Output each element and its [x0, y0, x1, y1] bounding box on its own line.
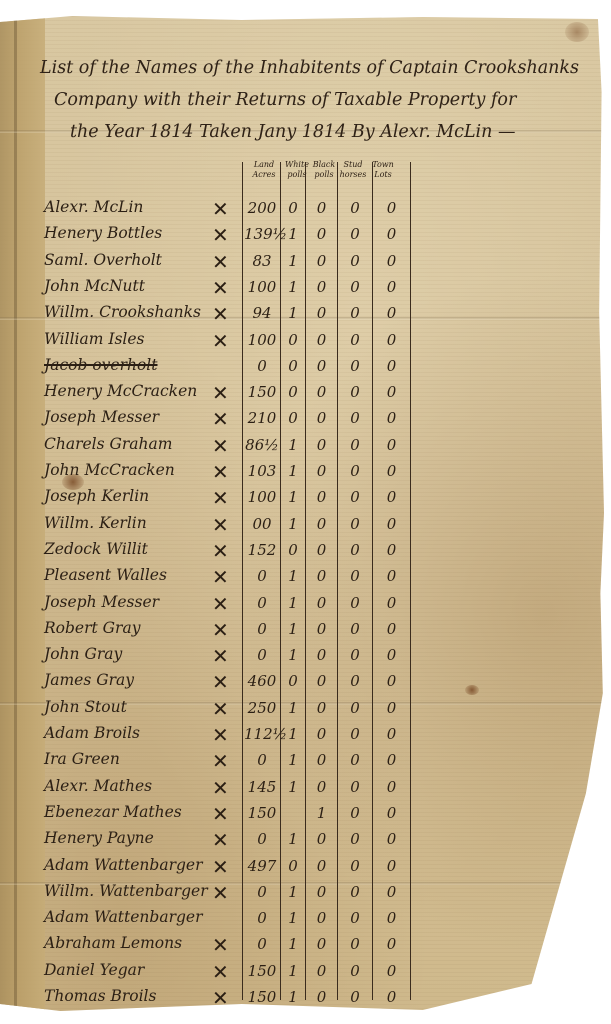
title-line: the Year 1814 Taken Jany 1814 By Alexr. … [40, 116, 600, 148]
ink-stain [565, 22, 589, 42]
taxpayer-name: Willm. Crookshanks [44, 303, 201, 321]
stud-horses-value: 0 [338, 830, 372, 848]
stud-horses-value: 0 [338, 620, 372, 638]
white-polls-value: 0 [281, 857, 305, 875]
taxpayer-name: Ebenezar Mathes [44, 803, 182, 821]
signature-mark-icon: ✕ [212, 223, 229, 247]
land-acres-value: 100 [244, 488, 280, 506]
taxpayer-name: Joseph Kerlin [44, 487, 149, 505]
table-row: Robert Gray✕01000 [0, 619, 611, 645]
town-lots-value: 0 [373, 436, 410, 454]
white-polls-value: 1 [281, 462, 305, 480]
town-lots-value: 0 [373, 725, 410, 743]
signature-mark-icon: ✕ [212, 644, 229, 668]
stud-horses-value: 0 [338, 909, 372, 927]
signature-mark-icon: ✕ [212, 513, 229, 537]
signature-mark-icon: ✕ [212, 539, 229, 563]
black-polls-value: 1 [306, 804, 337, 822]
signature-mark-icon: ✕ [212, 565, 229, 589]
table-row: James Gray✕4600000 [0, 671, 611, 697]
table-row: Daniel Yegar✕1501000 [0, 961, 611, 987]
white-polls-value: 1 [281, 278, 305, 296]
table-row: Saml. Overholt✕831000 [0, 251, 611, 277]
white-polls-value: 0 [281, 357, 305, 375]
land-acres-value: 0 [244, 909, 280, 927]
white-polls-value: 1 [281, 594, 305, 612]
land-acres-value: 497 [244, 857, 280, 875]
taxpayer-name: Henery McCracken [44, 382, 197, 400]
table-row: Adam Wattenbarger✕4970000 [0, 856, 611, 882]
town-lots-value: 0 [373, 962, 410, 980]
town-lots-value: 0 [373, 935, 410, 953]
town-lots-value: 0 [373, 304, 410, 322]
stud-horses-value: 0 [338, 778, 372, 796]
taxpayer-name: Daniel Yegar [44, 961, 144, 979]
white-polls-value: 0 [281, 672, 305, 690]
table-row: Joseph Messer✕2100000 [0, 408, 611, 434]
white-polls-value: 1 [281, 620, 305, 638]
taxpayer-name: Pleasent Walles [44, 566, 167, 584]
signature-mark-icon: ✕ [212, 749, 229, 773]
town-lots-value: 0 [373, 199, 410, 217]
land-acres-value: 0 [244, 620, 280, 638]
black-polls-value: 0 [306, 541, 337, 559]
white-polls-value: 0 [281, 199, 305, 217]
black-polls-value: 0 [306, 462, 337, 480]
town-lots-value: 0 [373, 541, 410, 559]
town-lots-value: 0 [373, 988, 410, 1006]
town-lots-value: 0 [373, 567, 410, 585]
table-row: Adam Wattenbarger01000 [0, 908, 611, 934]
taxpayer-name: Henery Payne [44, 829, 154, 847]
table-row: William Isles✕1000000 [0, 330, 611, 356]
white-polls-value: 1 [281, 699, 305, 717]
signature-mark-icon: ✕ [212, 933, 229, 957]
stud-horses-value: 0 [338, 804, 372, 822]
taxpayer-name: John Gray [44, 645, 122, 663]
taxpayer-name: Adam Broils [44, 724, 140, 742]
land-acres-value: 210 [244, 409, 280, 427]
taxpayer-name: John McCracken [44, 461, 175, 479]
table-row: Willm. Kerlin✕001000 [0, 514, 611, 540]
stud-horses-value: 0 [338, 436, 372, 454]
taxpayer-name: Abraham Lemons [44, 934, 182, 952]
taxpayer-name: William Isles [44, 330, 145, 348]
town-lots-value: 0 [373, 699, 410, 717]
table-row: Joseph Kerlin✕1001000 [0, 487, 611, 513]
white-polls-value: 1 [281, 751, 305, 769]
black-polls-value: 0 [306, 909, 337, 927]
taxpayer-name: Thomas Broils [44, 987, 156, 1005]
white-polls-value: 1 [281, 304, 305, 322]
column-header-black-polls: Black polls [310, 160, 338, 180]
land-acres-value: 0 [244, 883, 280, 901]
table-row: John Gray✕01000 [0, 645, 611, 671]
signature-mark-icon: ✕ [212, 276, 229, 300]
black-polls-value: 0 [306, 988, 337, 1006]
white-polls-value: 1 [281, 488, 305, 506]
signature-mark-icon: ✕ [212, 250, 229, 274]
town-lots-value: 0 [373, 409, 410, 427]
stud-horses-value: 0 [338, 567, 372, 585]
signature-mark-icon: ✕ [212, 881, 229, 905]
land-acres-value: 83 [244, 252, 280, 270]
white-polls-value: 1 [281, 225, 305, 243]
black-polls-value: 0 [306, 672, 337, 690]
stud-horses-value: 0 [338, 962, 372, 980]
column-header-stud-horses: Stud horses [338, 160, 368, 180]
black-polls-value: 0 [306, 225, 337, 243]
stud-horses-value: 0 [338, 225, 372, 243]
white-polls-value: 1 [281, 988, 305, 1006]
land-acres-value: 0 [244, 751, 280, 769]
taxpayer-name: Zedock Willit [44, 540, 148, 558]
taxpayer-name: Adam Wattenbarger [44, 856, 203, 874]
town-lots-value: 0 [373, 278, 410, 296]
title-line: List of the Names of the Inhabitents of … [40, 52, 600, 84]
land-acres-value: 152 [244, 541, 280, 559]
black-polls-value: 0 [306, 278, 337, 296]
stud-horses-value: 0 [338, 646, 372, 664]
table-row: Zedock Willit✕1520000 [0, 540, 611, 566]
town-lots-value: 0 [373, 620, 410, 638]
taxpayer-name: Charels Graham [44, 435, 172, 453]
table-row: John Stout✕2501000 [0, 698, 611, 724]
signature-mark-icon: ✕ [212, 828, 229, 852]
white-polls-value: 1 [281, 515, 305, 533]
stud-horses-value: 0 [338, 331, 372, 349]
black-polls-value: 0 [306, 383, 337, 401]
stud-horses-value: 0 [338, 857, 372, 875]
black-polls-value: 0 [306, 436, 337, 454]
table-row: Adam Broils✕112½1000 [0, 724, 611, 750]
white-polls-value: 1 [281, 778, 305, 796]
table-row: Pleasent Walles✕01000 [0, 566, 611, 592]
town-lots-value: 0 [373, 515, 410, 533]
signature-mark-icon: ✕ [212, 197, 229, 221]
stud-horses-value: 0 [338, 725, 372, 743]
column-header-land: Land Acres [244, 160, 284, 180]
black-polls-value: 0 [306, 409, 337, 427]
taxpayer-name: Henery Bottles [44, 224, 162, 242]
town-lots-value: 0 [373, 830, 410, 848]
white-polls-value: 1 [281, 567, 305, 585]
white-polls-value: 1 [281, 962, 305, 980]
table-row: John McCracken✕1031000 [0, 461, 611, 487]
taxpayer-name: Willm. Kerlin [44, 514, 147, 532]
black-polls-value: 0 [306, 199, 337, 217]
white-polls-value: 1 [281, 252, 305, 270]
taxpayer-name: John Stout [44, 698, 127, 716]
black-polls-value: 0 [306, 594, 337, 612]
signature-mark-icon: ✕ [212, 618, 229, 642]
stud-horses-value: 0 [338, 304, 372, 322]
stud-horses-value: 0 [338, 252, 372, 270]
stud-horses-value: 0 [338, 751, 372, 769]
signature-mark-icon: ✕ [212, 486, 229, 510]
signature-mark-icon: ✕ [212, 776, 229, 800]
land-acres-value: 150 [244, 804, 280, 822]
signature-mark-icon: ✕ [212, 697, 229, 721]
taxpayer-name: Saml. Overholt [44, 251, 162, 269]
taxpayer-name: Joseph Messer [44, 408, 159, 426]
black-polls-value: 0 [306, 935, 337, 953]
town-lots-value: 0 [373, 383, 410, 401]
taxpayer-name: Joseph Messer [44, 593, 159, 611]
town-lots-value: 0 [373, 883, 410, 901]
land-acres-value: 0 [244, 646, 280, 664]
town-lots-value: 0 [373, 909, 410, 927]
black-polls-value: 0 [306, 620, 337, 638]
signature-mark-icon: ✕ [212, 460, 229, 484]
town-lots-value: 0 [373, 331, 410, 349]
signature-mark-icon: ✕ [212, 960, 229, 984]
taxpayer-name: Robert Gray [44, 619, 140, 637]
black-polls-value: 0 [306, 357, 337, 375]
town-lots-value: 0 [373, 594, 410, 612]
white-polls-value: 1 [281, 646, 305, 664]
taxpayer-name: Willm. Wattenbarger [44, 882, 208, 900]
signature-mark-icon: ✕ [212, 855, 229, 879]
taxpayer-name: Jacob overholt [44, 356, 158, 374]
black-polls-value: 0 [306, 331, 337, 349]
black-polls-value: 0 [306, 488, 337, 506]
signature-mark-icon: ✕ [212, 302, 229, 326]
stud-horses-value: 0 [338, 462, 372, 480]
stud-horses-value: 0 [338, 278, 372, 296]
white-polls-value: 0 [281, 383, 305, 401]
table-row: Charels Graham✕86½1000 [0, 435, 611, 461]
table-row: Henery Bottles✕139½1000 [0, 224, 611, 250]
signature-mark-icon: ✕ [212, 407, 229, 431]
land-acres-value: 250 [244, 699, 280, 717]
land-acres-value: 103 [244, 462, 280, 480]
white-polls-value: 1 [281, 883, 305, 901]
land-acres-value: 150 [244, 988, 280, 1006]
land-acres-value: 100 [244, 278, 280, 296]
town-lots-value: 0 [373, 488, 410, 506]
town-lots-value: 0 [373, 646, 410, 664]
white-polls-value: 1 [281, 830, 305, 848]
signature-mark-icon: ✕ [212, 723, 229, 747]
white-polls-value: 0 [281, 331, 305, 349]
stud-horses-value: 0 [338, 594, 372, 612]
white-polls-value: 1 [281, 909, 305, 927]
signature-mark-icon: ✕ [212, 670, 229, 694]
table-row: Jacob overholt00000 [0, 356, 611, 382]
black-polls-value: 0 [306, 515, 337, 533]
stud-horses-value: 0 [338, 988, 372, 1006]
town-lots-value: 0 [373, 357, 410, 375]
stud-horses-value: 0 [338, 883, 372, 901]
stud-horses-value: 0 [338, 488, 372, 506]
document-title: List of the Names of the Inhabitents of … [40, 52, 600, 148]
stud-horses-value: 0 [338, 199, 372, 217]
black-polls-value: 0 [306, 725, 337, 743]
title-line: Company with their Returns of Taxable Pr… [40, 84, 600, 116]
land-acres-value: 86½ [244, 436, 280, 454]
black-polls-value: 0 [306, 567, 337, 585]
white-polls-value: 0 [281, 409, 305, 427]
black-polls-value: 0 [306, 883, 337, 901]
signature-mark-icon: ✕ [212, 434, 229, 458]
table-row: Willm. Wattenbarger✕01000 [0, 882, 611, 908]
town-lots-value: 0 [373, 672, 410, 690]
stud-horses-value: 0 [338, 383, 372, 401]
white-polls-value: 1 [281, 935, 305, 953]
black-polls-value: 0 [306, 778, 337, 796]
black-polls-value: 0 [306, 252, 337, 270]
town-lots-value: 0 [373, 462, 410, 480]
black-polls-value: 0 [306, 962, 337, 980]
signature-mark-icon: ✕ [212, 986, 229, 1010]
land-acres-value: 100 [244, 331, 280, 349]
town-lots-value: 0 [373, 857, 410, 875]
town-lots-value: 0 [373, 252, 410, 270]
black-polls-value: 0 [306, 751, 337, 769]
land-acres-value: 94 [244, 304, 280, 322]
land-acres-value: 460 [244, 672, 280, 690]
black-polls-value: 0 [306, 699, 337, 717]
land-acres-value: 150 [244, 383, 280, 401]
stud-horses-value: 0 [338, 699, 372, 717]
stud-horses-value: 0 [338, 935, 372, 953]
manuscript-page: List of the Names of the Inhabitents of … [0, 12, 604, 1014]
land-acres-value: 0 [244, 830, 280, 848]
town-lots-value: 0 [373, 225, 410, 243]
stud-horses-value: 0 [338, 672, 372, 690]
signature-mark-icon: ✕ [212, 329, 229, 353]
table-row: Thomas Broils✕1501000 [0, 987, 611, 1013]
taxpayer-name: John McNutt [44, 277, 145, 295]
signature-mark-icon: ✕ [212, 592, 229, 616]
table-row: Abraham Lemons✕01000 [0, 934, 611, 960]
signature-mark-icon: ✕ [212, 381, 229, 405]
taxpayer-name: Alexr. Mathes [44, 777, 152, 795]
stud-horses-value: 0 [338, 357, 372, 375]
land-acres-value: 0 [244, 935, 280, 953]
black-polls-value: 0 [306, 857, 337, 875]
taxpayer-name: Ira Green [44, 750, 120, 768]
land-acres-value: 0 [244, 594, 280, 612]
land-acres-value: 139½ [244, 225, 280, 243]
table-row: John McNutt✕1001000 [0, 277, 611, 303]
stud-horses-value: 0 [338, 515, 372, 533]
table-row: Henery Payne✕01000 [0, 829, 611, 855]
land-acres-value: 0 [244, 357, 280, 375]
table-row: Henery McCracken✕1500000 [0, 382, 611, 408]
taxpayer-name: Adam Wattenbarger [44, 908, 203, 926]
land-acres-value: 145 [244, 778, 280, 796]
land-acres-value: 150 [244, 962, 280, 980]
taxpayer-name: James Gray [44, 671, 134, 689]
town-lots-value: 0 [373, 778, 410, 796]
table-row: Ebenezar Mathes✕150100 [0, 803, 611, 829]
land-acres-value: 0 [244, 567, 280, 585]
taxpayer-name: Alexr. McLin [44, 198, 143, 216]
table-row: Alexr. McLin✕2000000 [0, 198, 611, 224]
land-acres-value: 200 [244, 199, 280, 217]
land-acres-value: 00 [244, 515, 280, 533]
white-polls-value: 1 [281, 436, 305, 454]
black-polls-value: 0 [306, 304, 337, 322]
table-row: Ira Green✕01000 [0, 750, 611, 776]
stud-horses-value: 0 [338, 541, 372, 559]
table-row: Alexr. Mathes✕1451000 [0, 777, 611, 803]
black-polls-value: 0 [306, 646, 337, 664]
table-row: Willm. Crookshanks✕941000 [0, 303, 611, 329]
stud-horses-value: 0 [338, 409, 372, 427]
white-polls-value: 1 [281, 725, 305, 743]
white-polls-value: 0 [281, 541, 305, 559]
town-lots-value: 0 [373, 804, 410, 822]
land-acres-value: 112½ [244, 725, 280, 743]
table-row: Joseph Messer✕01000 [0, 593, 611, 619]
black-polls-value: 0 [306, 830, 337, 848]
town-lots-value: 0 [373, 751, 410, 769]
signature-mark-icon: ✕ [212, 802, 229, 826]
